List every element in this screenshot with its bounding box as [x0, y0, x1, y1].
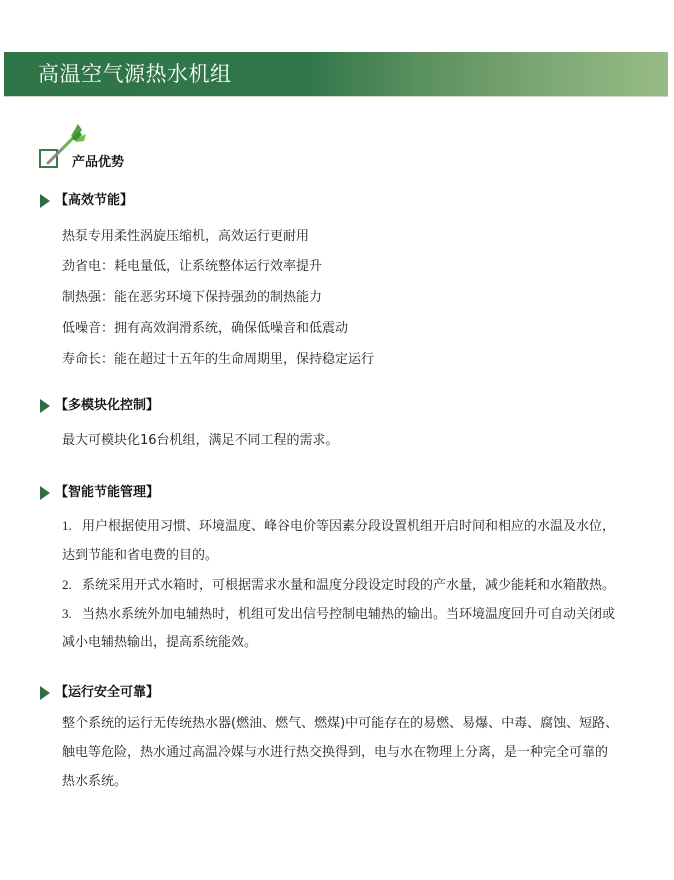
section-header-product-advantages: 产品优势 — [38, 122, 178, 172]
body-line: 整个系统的运行无传统热水器(燃油、燃气、燃煤)中可能存在的易燃、易爆、中毒、腐蚀… — [62, 716, 618, 732]
item-text: 系统采用开式水箱时，可根据需求水量和温度分段设定时段的产水量，减少能耗和水箱散热… — [82, 578, 615, 593]
item-text: 当热水系统外加电辅热时，机组可发出信号控制电辅热的输出。当环境温度回升可自动关闭… — [82, 607, 615, 622]
title-banner: 高温空气源热水机组 — [4, 52, 668, 97]
triangle-bullet-icon — [40, 399, 50, 413]
numbered-item: 3.当热水系统外加电辅热时，机组可发出信号控制电辅热的输出。当环境温度回升可自动… — [62, 606, 615, 623]
numbered-item: 1.用户根据使用习惯、环境温度、峰谷电价等因素分段设置机组开启时间和相应的水温及… — [62, 518, 615, 535]
block-title: 【智能节能管理】 — [55, 485, 159, 501]
section-label: 产品优势 — [72, 155, 124, 171]
item-number: 2. — [62, 577, 82, 593]
item-number: 3. — [62, 606, 82, 622]
triangle-bullet-icon — [40, 686, 50, 700]
block-title: 【高效节能】 — [55, 193, 133, 209]
block-title: 【运行安全可靠】 — [55, 685, 159, 701]
item-continuation: 达到节能和省电费的目的。 — [62, 548, 218, 564]
numbered-item: 2.系统采用开式水箱时，可根据需求水量和温度分段设定时段的产水量，减少能耗和水箱… — [62, 577, 615, 594]
item-continuation: 减小电辅热输出，提高系统能效。 — [62, 635, 257, 651]
body-line: 最大可模块化16台机组，满足不同工程的需求。 — [62, 433, 339, 449]
block-title: 【多模块化控制】 — [55, 398, 159, 414]
body-line: 劲省电：耗电量低，让系统整体运行效率提升 — [62, 259, 322, 275]
page-title: 高温空气源热水机组 — [38, 61, 232, 87]
document-page: 高温空气源热水机组 产品优势 【高效节能】 热泵专用柔性涡旋压缩机，高效运行更耐… — [0, 0, 674, 880]
body-line: 热泵专用柔性涡旋压缩机，高效运行更耐用 — [62, 229, 309, 245]
body-line: 低噪音：拥有高效润滑系统，确保低噪音和低震动 — [62, 321, 348, 337]
body-line: 制热强：能在恶劣环境下保持强劲的制热能力 — [62, 290, 322, 306]
body-line: 寿命长：能在超过十五年的生命周期里，保持稳定运行 — [62, 352, 374, 368]
triangle-bullet-icon — [40, 486, 50, 500]
item-text: 用户根据使用习惯、环境温度、峰谷电价等因素分段设置机组开启时间和相应的水温及水位… — [82, 519, 615, 534]
body-line: 热水系统。 — [62, 774, 127, 790]
item-number: 1. — [62, 518, 82, 534]
body-line: 触电等危险，热水通过高温冷媒与水进行热交换得到，电与水在物理上分离，是一种完全可… — [62, 745, 608, 761]
triangle-bullet-icon — [40, 194, 50, 208]
